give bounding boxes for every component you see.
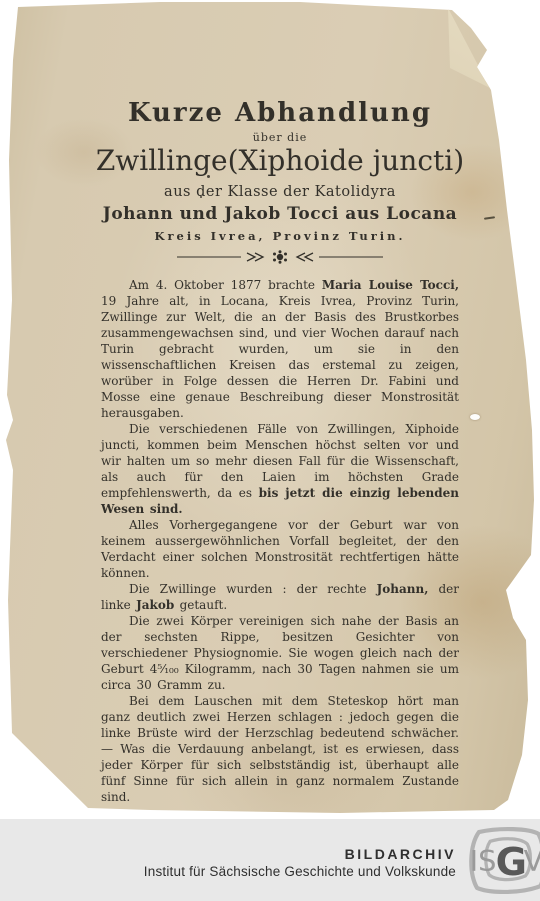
masthead: Kurze Abhandlung über die Zwillinge(Xiph…: [70, 2, 490, 268]
printed-content: Kurze Abhandlung über die Zwillinge(Xiph…: [101, 2, 459, 901]
paper-tear-hole: [470, 414, 480, 420]
location-line: Kreis Ivrea, Provinz Turin.: [70, 229, 490, 243]
logo-letters-is: IS: [470, 844, 497, 878]
paragraph: Am 4. Oktober 1877 brachte Maria Louise …: [101, 277, 459, 421]
institute-name: Institut für Sächsische Geschichte und V…: [144, 864, 456, 879]
scanned-document-page: Kurze Abhandlung über die Zwillinge(Xiph…: [0, 0, 540, 901]
archive-footer: BILDARCHIV Institut für Sächsische Gesch…: [0, 819, 540, 901]
archive-name: BILDARCHIV: [144, 846, 456, 862]
paragraph: Die verschiedenen Fälle von Zwillingen, …: [101, 421, 459, 517]
paragraph: Alles Vorhergegangene vor der Geburt war…: [101, 517, 459, 581]
title-overline: über die: [70, 131, 490, 144]
ornament-divider-icon: [70, 249, 490, 268]
logo-letter-v: V: [524, 844, 540, 878]
class-line: aus der Klasse der Katolidyra: [70, 184, 490, 200]
names-line: Johann und Jakob Tocci aus Locana: [70, 204, 490, 224]
archive-footer-text: BILDARCHIV Institut für Sächsische Gesch…: [144, 842, 456, 879]
isgv-logo: IS G V: [464, 826, 540, 894]
paragraph: Bei dem Lauschen mit dem Steteskop hört …: [101, 693, 459, 805]
paragraph: Die zwei Körper vereinigen sich nahe der…: [101, 613, 459, 693]
main-heading: Zwillinge(Xiphoide juncti): [70, 144, 490, 178]
handbill-paper: Kurze Abhandlung über die Zwillinge(Xiph…: [4, 2, 538, 816]
document-title: Kurze Abhandlung: [70, 98, 490, 128]
body-paragraphs: Am 4. Oktober 1877 brachte Maria Louise …: [101, 277, 459, 805]
logo-letter-g: G: [496, 841, 527, 885]
paragraph: Die Zwillinge wurden : der rechte Johann…: [101, 581, 459, 613]
